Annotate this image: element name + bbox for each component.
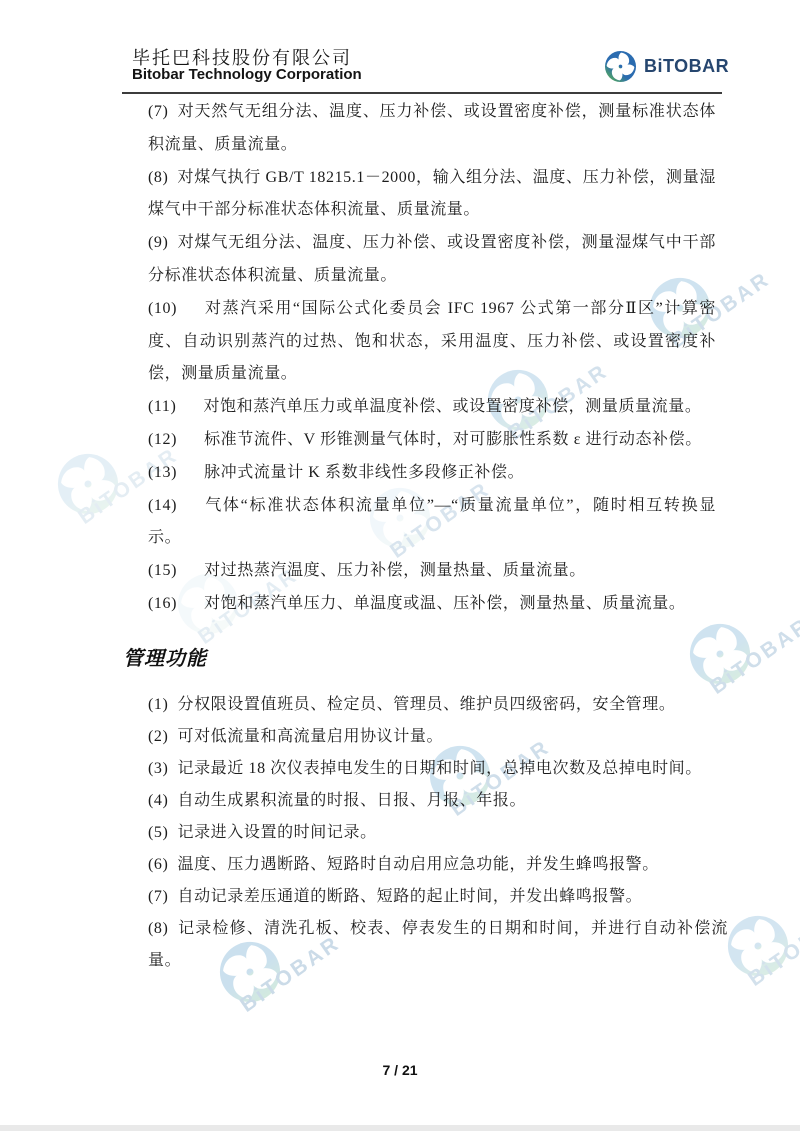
list-item: (10)对蒸汽采用“国际公式化委员会 IFC 1967 公式第一部分Ⅱ区”计算密…: [148, 293, 716, 391]
watermark-tile: BiTOBAR: [726, 914, 800, 1044]
item-number: (7): [148, 888, 168, 905]
item-number: (3): [148, 760, 168, 777]
item-text: 对天然气无组分法、温度、压力补偿、或设置密度补偿，测量标准状态体积流量、质量流量…: [148, 103, 716, 153]
list-item: (8)对煤气执行 GB/T 18215.1－2000，输入组分法、温度、压力补偿…: [148, 162, 716, 228]
scan-edge: [0, 1125, 800, 1131]
bitobar-watermark-logo-icon: [688, 622, 752, 686]
list-item: (3)记录最近 18 次仪表掉电发生的日期和时间，总掉电次数及总掉电时间。: [148, 753, 728, 785]
item-number: (14): [148, 497, 177, 514]
item-number: (1): [148, 696, 168, 713]
item-number: (7): [148, 103, 168, 120]
item-text: 可对低流量和高流量启用协议计量。: [177, 728, 443, 745]
item-text: 记录最近 18 次仪表掉电发生的日期和时间，总掉电次数及总掉电时间。: [177, 760, 701, 777]
item-number: (4): [148, 792, 168, 809]
item-text: 温度、压力遇断路、短路时自动启用应急功能，并发生蜂鸣报警。: [177, 856, 658, 873]
list-item: (15)对过热蒸汽温度、压力补偿，测量热量、质量流量。: [148, 555, 716, 588]
item-text: 分权限设置值班员、检定员、管理员、维护员四级密码，安全管理。: [177, 696, 675, 713]
item-number: (16): [148, 595, 177, 612]
brand-logotype: BiTOBAR: [644, 56, 729, 77]
list-item: (4)自动生成累积流量的时报、日报、月报、年报。: [148, 785, 728, 817]
item-text: 自动生成累积流量的时报、日报、月报、年报。: [177, 792, 526, 809]
item-number: (15): [148, 562, 177, 579]
list-item: (14)气体“标准状态体积流量单位”—“质量流量单位”，随时相互转换显示。: [148, 490, 716, 556]
item-number: (6): [148, 856, 168, 873]
list-item: (16)对饱和蒸汽单压力、单温度或温、压补偿，测量热量、质量流量。: [148, 588, 716, 621]
item-text: 对饱和蒸汽单压力或单温度补偿、或设置密度补偿，测量质量流量。: [203, 398, 701, 415]
page-number: 7 / 21: [0, 1062, 800, 1078]
list-item: (1)分权限设置值班员、检定员、管理员、维护员四级密码，安全管理。: [148, 689, 728, 721]
management-list: (1)分权限设置值班员、检定员、管理员、维护员四级密码，安全管理。 (2)可对低…: [148, 689, 728, 977]
watermark-text: BiTOBAR: [744, 905, 800, 991]
list-item: (11)对饱和蒸汽单压力或单温度补偿、或设置密度补偿，测量质量流量。: [148, 391, 716, 424]
list-item: (8)记录检修、清洗孔板、校表、停表发生的日期和时间，并进行自动补偿流量。: [148, 913, 728, 977]
list-item: (12)标准节流件、V 形锥测量气体时，对可膨胀性系数 ε 进行动态补偿。: [148, 424, 716, 457]
bitobar-logo-icon: [604, 50, 637, 83]
bitobar-watermark-logo-icon: [56, 452, 120, 516]
item-number: (8): [148, 920, 168, 937]
item-number: (5): [148, 824, 168, 841]
feature-list: (7)对天然气无组分法、温度、压力补偿、或设置密度补偿，测量标准状态体积流量、质…: [148, 96, 716, 621]
company-name-en: Bitobar Technology Corporation: [132, 66, 362, 83]
item-text: 标准节流件、V 形锥测量气体时，对可膨胀性系数 ε 进行动态补偿。: [204, 431, 702, 448]
header-divider: [122, 92, 722, 94]
list-item: (5)记录进入设置的时间记录。: [148, 817, 728, 849]
item-text: 记录检修、清洗孔板、校表、停表发生的日期和时间，并进行自动补偿流量。: [148, 920, 728, 969]
item-text: 气体“标准状态体积流量单位”—“质量流量单位”，随时相互转换显示。: [148, 497, 716, 547]
list-item: (2)可对低流量和高流量启用协议计量。: [148, 721, 728, 753]
item-number: (9): [148, 234, 168, 251]
section-heading: 管理功能: [123, 642, 207, 671]
item-number: (12): [148, 431, 177, 448]
item-number: (11): [148, 398, 176, 415]
list-item: (13)脉冲式流量计 K 系数非线性多段修正补偿。: [148, 457, 716, 490]
item-text: 自动记录差压通道的断路、短路的起止时间，并发出蜂鸣报警。: [177, 888, 642, 905]
item-number: (8): [148, 169, 168, 186]
item-text: 对煤气无组分法、温度、压力补偿、或设置密度补偿，测量湿煤气中干部分标准状态体积流…: [148, 234, 716, 284]
item-text: 对煤气执行 GB/T 18215.1－2000，输入组分法、温度、压力补偿，测量…: [148, 169, 716, 219]
brand-logo: BiTOBAR: [604, 50, 729, 83]
item-number: (2): [148, 728, 168, 745]
list-item: (7)对天然气无组分法、温度、压力补偿、或设置密度补偿，测量标准状态体积流量、质…: [148, 96, 716, 162]
item-number: (13): [148, 464, 177, 481]
item-text: 对过热蒸汽温度、压力补偿，测量热量、质量流量。: [204, 562, 586, 579]
list-item: (6)温度、压力遇断路、短路时自动启用应急功能，并发生蜂鸣报警。: [148, 849, 728, 881]
bitobar-watermark-logo-icon: [726, 914, 790, 978]
list-item: (9)对煤气无组分法、温度、压力补偿、或设置密度补偿，测量湿煤气中干部分标准状态…: [148, 227, 716, 293]
item-text: 记录进入设置的时间记录。: [177, 824, 376, 841]
document-page: BiTOBAR BiTOBAR BiTOBAR BiTOBAR BiTOBAR …: [0, 0, 800, 1131]
item-text: 对蒸汽采用“国际公式化委员会 IFC 1967 公式第一部分Ⅱ区”计算密度、自动…: [148, 300, 716, 383]
item-number: (10): [148, 300, 177, 317]
item-text: 脉冲式流量计 K 系数非线性多段修正补偿。: [204, 464, 524, 481]
watermark-text: BiTOBAR: [706, 613, 800, 699]
list-item: (7)自动记录差压通道的断路、短路的起止时间，并发出蜂鸣报警。: [148, 881, 728, 913]
item-text: 对饱和蒸汽单压力、单温度或温、压补偿，测量热量、质量流量。: [204, 595, 685, 612]
